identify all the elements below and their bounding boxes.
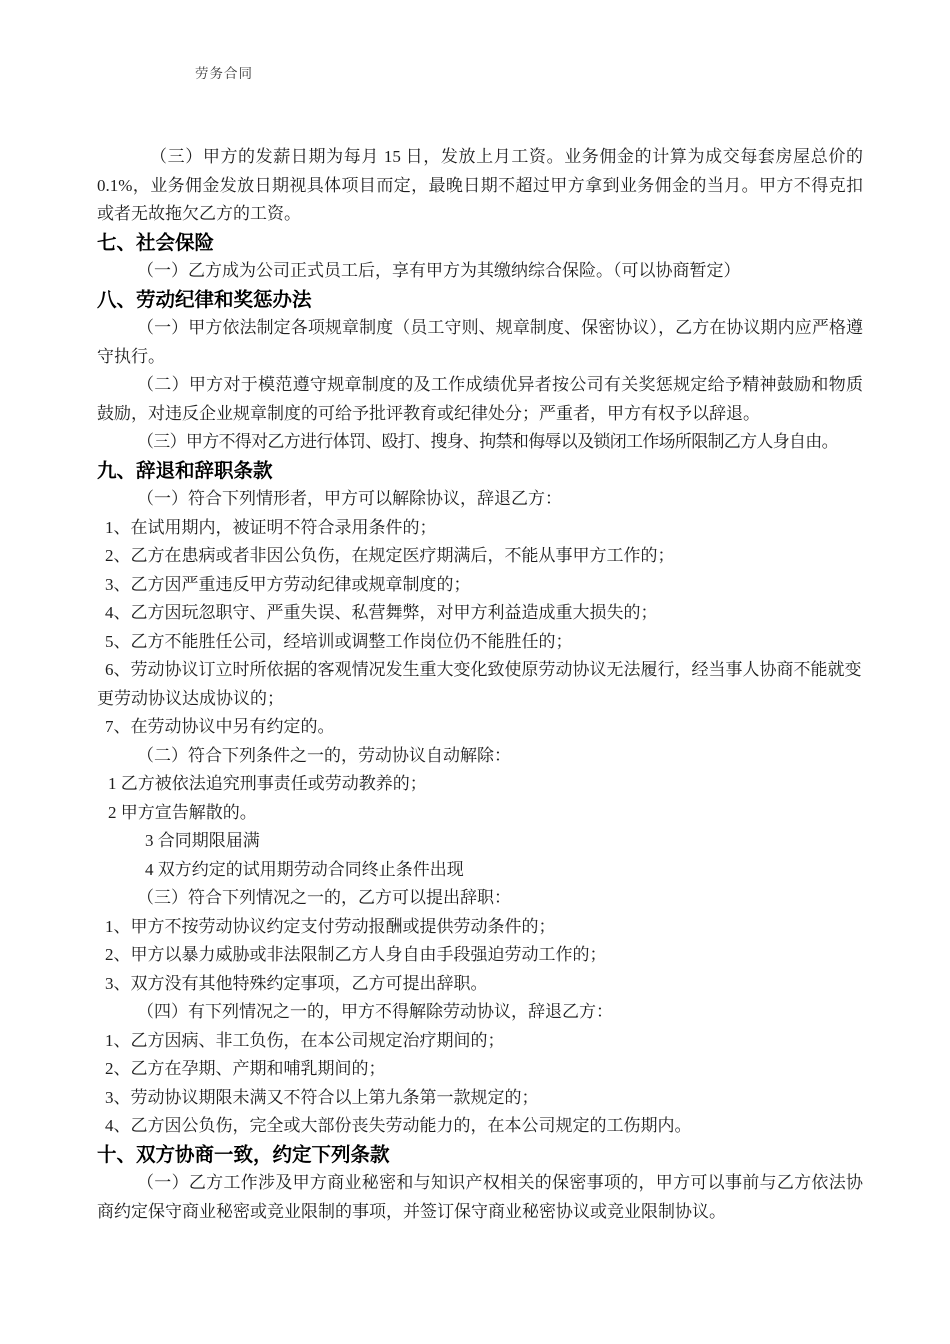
document-title: 劳务合同	[195, 66, 253, 82]
list-item: 2、乙方在孕期、产期和哺乳期间的；	[97, 1055, 863, 1084]
paragraph: （一）符合下列情形者，甲方可以解除协议，辞退乙方：	[97, 485, 863, 514]
list-item: 2、乙方在患病或者非因公负伤，在规定医疗期满后，不能从事甲方工作的；	[97, 542, 863, 571]
list-item: 2 甲方宣告解散的。	[97, 799, 863, 828]
paragraph: （三）甲方的发薪日期为每月 15 日，发放上月工资。业务佣金的计算为成交每套房屋…	[97, 143, 863, 229]
section-heading: 八、劳动纪律和奖惩办法	[97, 286, 863, 315]
section-heading: 九、辞退和辞职条款	[97, 457, 863, 486]
section-heading: 七、社会保险	[97, 229, 863, 258]
list-item: 1、甲方不按劳动协议约定支付劳动报酬或提供劳动条件的；	[97, 913, 863, 942]
list-item: 1 乙方被依法追究刑事责任或劳动教养的；	[97, 770, 863, 799]
list-item: 2、甲方以暴力威胁或非法限制乙方人身自由手段强迫劳动工作的；	[97, 941, 863, 970]
list-item: 4 双方约定的试用期劳动合同终止条件出现	[97, 856, 863, 885]
list-item: 3、劳动协议期限未满又不符合以上第九条第一款规定的；	[97, 1084, 863, 1113]
paragraph: （三）符合下列情况之一的，乙方可以提出辞职：	[97, 884, 863, 913]
list-item: 7、在劳动协议中另有约定的。	[97, 713, 863, 742]
document-page: 劳务合同 （三）甲方的发薪日期为每月 15 日，发放上月工资。业务佣金的计算为成…	[0, 0, 950, 1344]
paragraph: （一）乙方成为公司正式员工后，享有甲方为其缴纳综合保险。（可以协商暂定）	[97, 257, 863, 286]
list-item: 6、劳动协议订立时所依据的客观情况发生重大变化致使原劳动协议无法履行，经当事人协…	[97, 656, 863, 713]
list-item: 3、乙方因严重违反甲方劳动纪律或规章制度的；	[97, 571, 863, 600]
list-item: 4、乙方因玩忽职守、严重失误、私营舞弊，对甲方利益造成重大损失的；	[97, 599, 863, 628]
paragraph: （三）甲方不得对乙方进行体罚、殴打、搜身、拘禁和侮辱以及锁闭工作场所限制乙方人身…	[97, 428, 863, 457]
paragraph: （二）符合下列条件之一的，劳动协议自动解除：	[97, 742, 863, 771]
list-item: 5、乙方不能胜任公司，经培训或调整工作岗位仍不能胜任的；	[97, 628, 863, 657]
document-content: （三）甲方的发薪日期为每月 15 日，发放上月工资。业务佣金的计算为成交每套房屋…	[97, 143, 863, 1226]
list-item: 4、乙方因公负伤，完全或大部份丧失劳动能力的，在本公司规定的工伤期内。	[97, 1112, 863, 1141]
section-heading: 十、双方协商一致，约定下列条款	[97, 1141, 863, 1170]
paragraph: （一）乙方工作涉及甲方商业秘密和与知识产权相关的保密事项的，甲方可以事前与乙方依…	[97, 1169, 863, 1226]
paragraph: （一）甲方依法制定各项规章制度（员工守则、规章制度、保密协议），乙方在协议期内应…	[97, 314, 863, 371]
paragraph: （二）甲方对于模范遵守规章制度的及工作成绩优异者按公司有关奖惩规定给予精神鼓励和…	[97, 371, 863, 428]
list-item: 1、在试用期内，被证明不符合录用条件的；	[97, 514, 863, 543]
list-item: 3、双方没有其他特殊约定事项，乙方可提出辞职。	[97, 970, 863, 999]
paragraph: （四）有下列情况之一的，甲方不得解除劳动协议，辞退乙方：	[97, 998, 863, 1027]
list-item: 3 合同期限届满	[97, 827, 863, 856]
list-item: 1、乙方因病、非工负伤，在本公司规定治疗期间的；	[97, 1027, 863, 1056]
